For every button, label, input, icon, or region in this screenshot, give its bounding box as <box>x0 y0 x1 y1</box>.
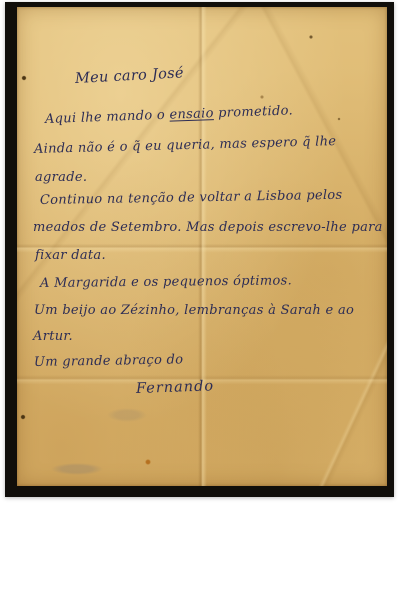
letter-line: Um grande abraço do <box>34 352 184 370</box>
letter-line: Continuo na tenção de voltar a Lisboa pe… <box>40 188 343 208</box>
letter-line: agrade. <box>35 170 87 185</box>
letter-paper: Meu caro José Aqui lhe mando o ensaio pr… <box>17 7 387 486</box>
scanned-letter-page: Meu caro José Aqui lhe mando o ensaio pr… <box>0 0 400 600</box>
letter-line-text: Aqui lhe mando o <box>45 108 170 127</box>
letter-line: Artur. <box>33 329 73 344</box>
paper-stains <box>17 7 387 486</box>
letter-line: A Margarida e os pequenos óptimos. <box>40 273 292 291</box>
letter-line: meados de Setembro. Mas depois escrevo-l… <box>33 220 383 235</box>
letter-scan-background: Meu caro José Aqui lhe mando o ensaio pr… <box>5 2 394 497</box>
letter-line: Aqui lhe mando o ensaio prometido. <box>45 103 293 127</box>
fold-creases <box>17 7 387 486</box>
letter-line: fixar data. <box>35 248 106 263</box>
letter-line: Ainda não é o q̃ eu queria, mas espero q… <box>34 134 337 157</box>
letter-salutation: Meu caro José <box>75 65 185 87</box>
letter-line: Um beijo ao Zézinho, lembranças à Sarah … <box>34 303 354 318</box>
letter-signature: Fernando <box>136 378 215 397</box>
letter-line-text: prometido. <box>213 103 293 121</box>
underlined-word: ensaio <box>169 106 214 123</box>
